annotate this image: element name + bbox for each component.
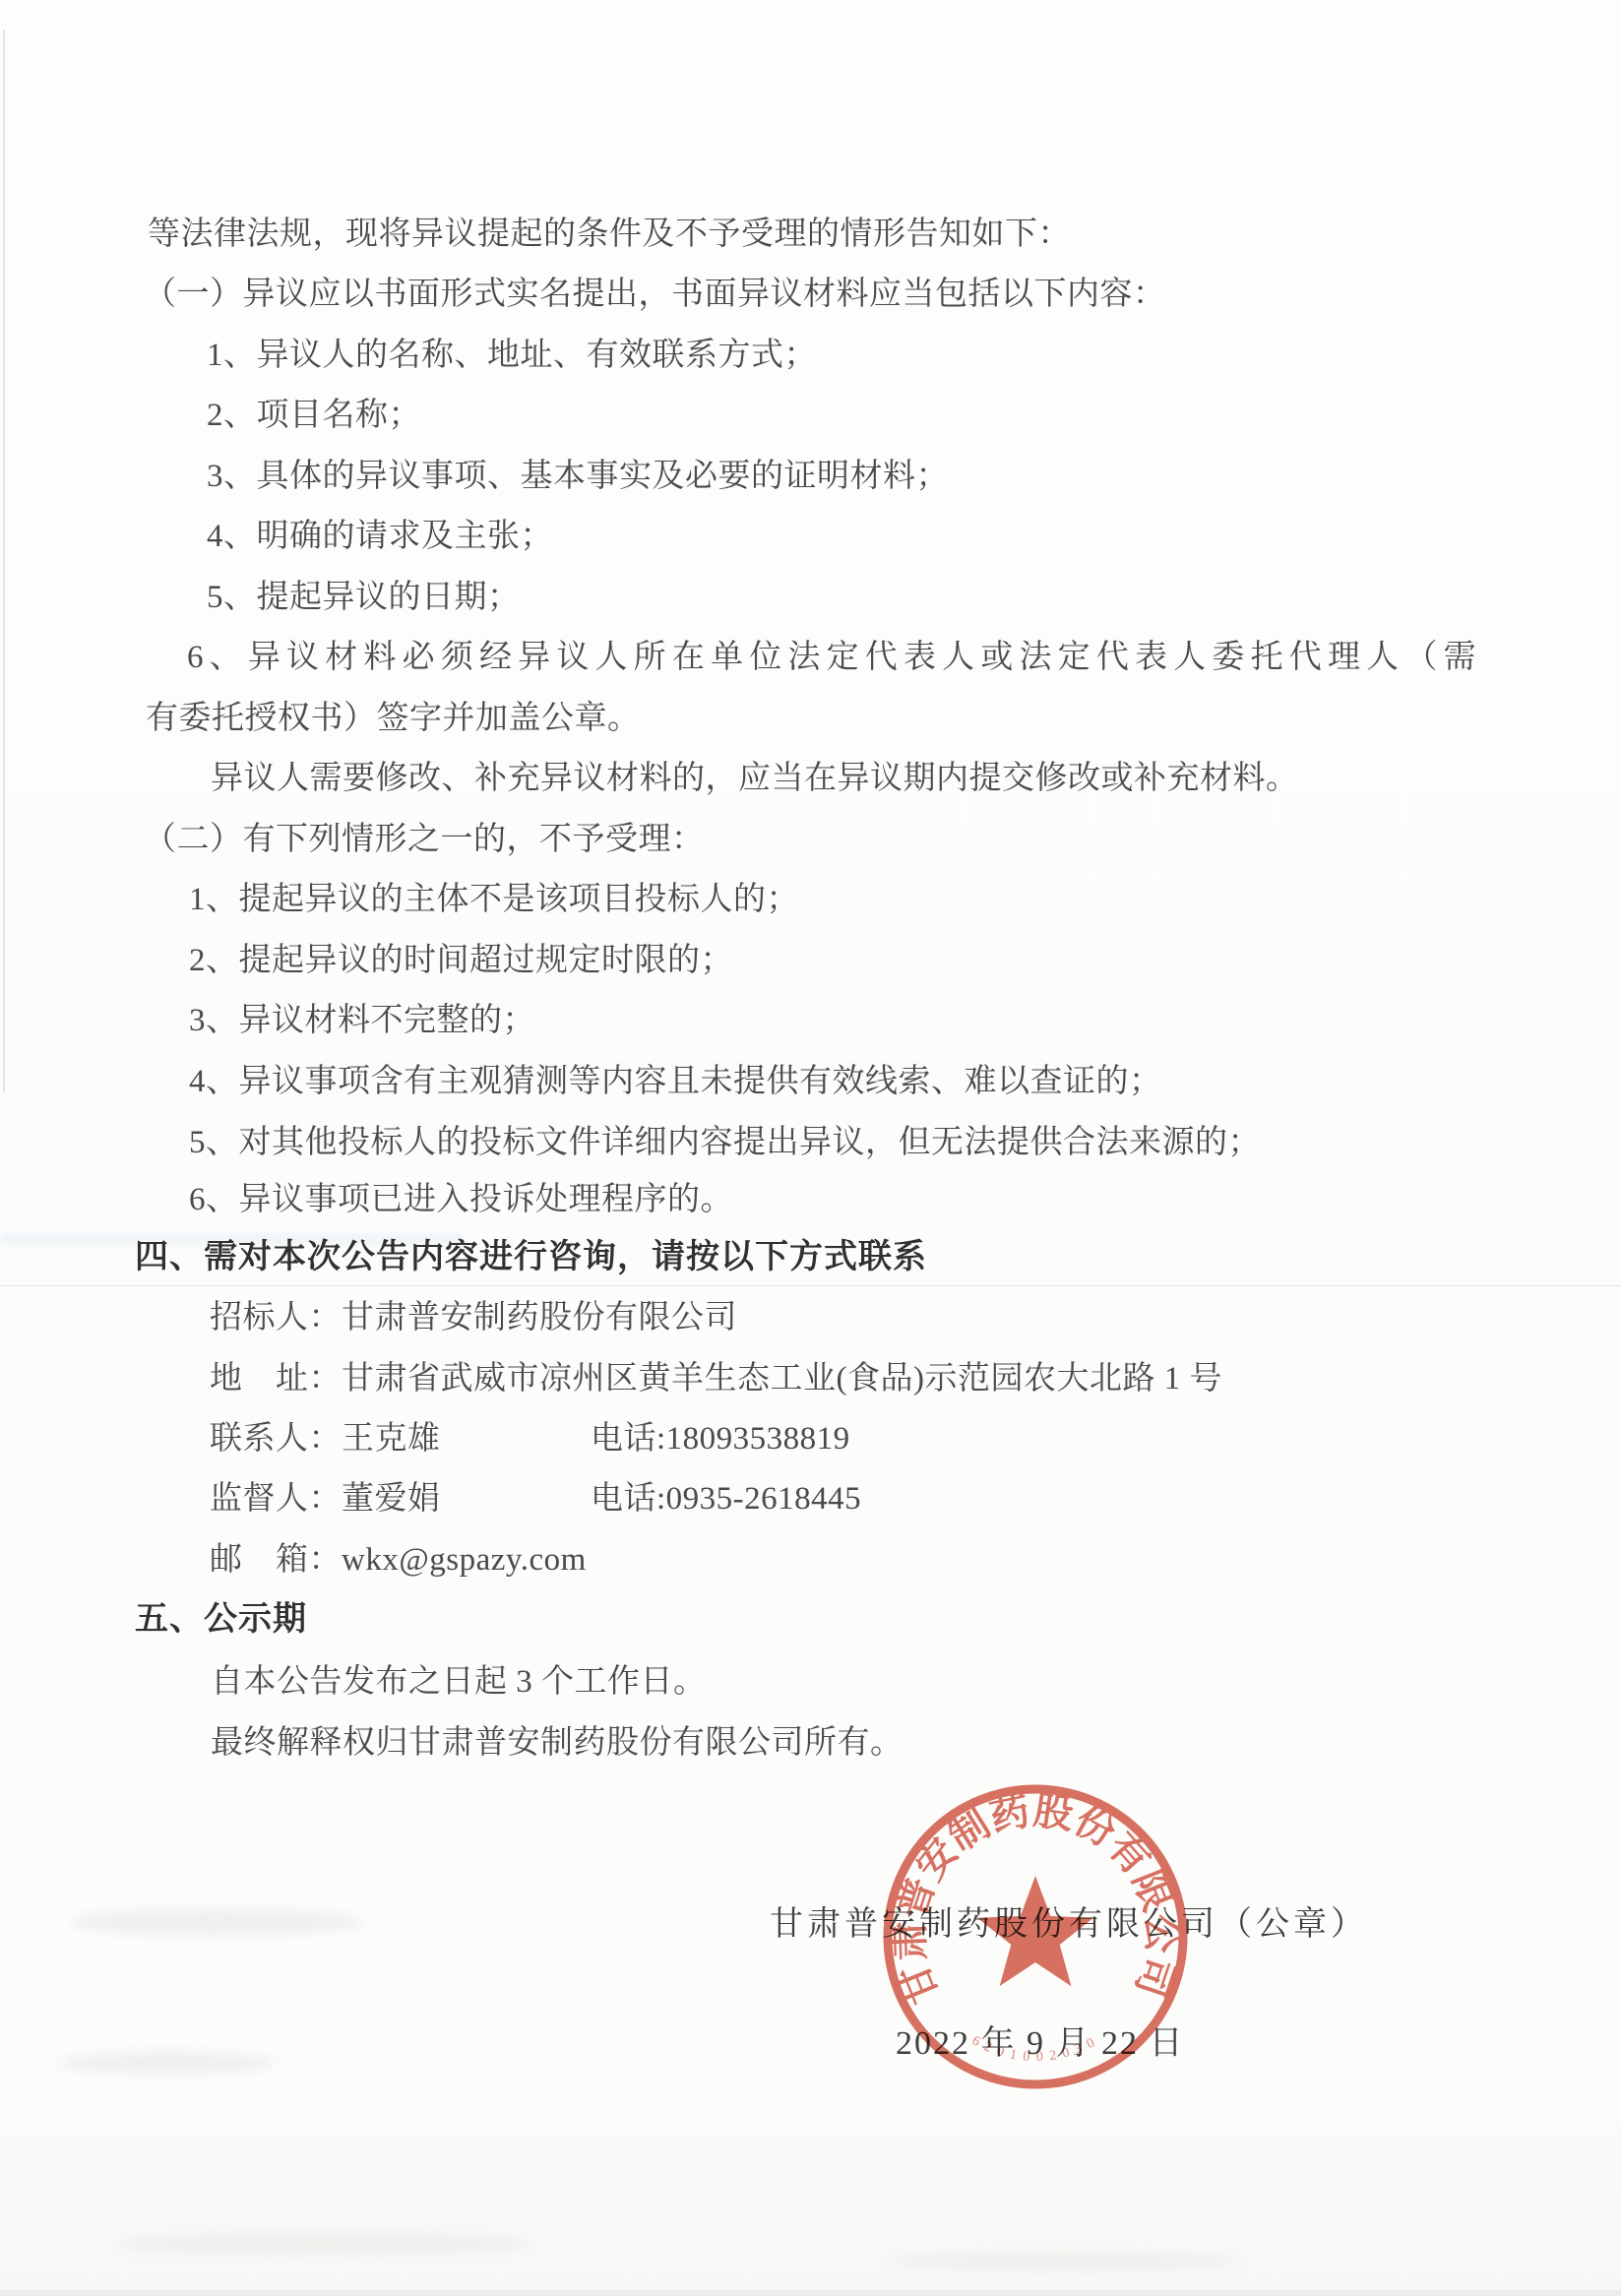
doc-line: 2、项目名称； bbox=[207, 393, 421, 438]
doc-line: 5、提起异议的日期； bbox=[207, 575, 521, 620]
doc-line: 自本公告发布之日起 3 个工作日。 bbox=[211, 1659, 707, 1705]
doc-line: 有委托授权书）签字并加盖公章。 bbox=[146, 696, 641, 741]
scan-smudge bbox=[118, 2234, 531, 2254]
doc-line: 2、提起异议的时间超过规定时限的； bbox=[189, 938, 733, 983]
company-seal-stamp: 甘肃普安制药股份有限公司 6201002030 bbox=[878, 1769, 1193, 2114]
scan-smudge bbox=[886, 2254, 1240, 2269]
doc-line: （一）异议应以书面形式实名提出，书面异议材料应当包括以下内容： bbox=[144, 272, 1166, 317]
scan-smudge bbox=[69, 1909, 364, 1935]
scan-fold-line bbox=[0, 1285, 1621, 1286]
address-line: 地 址：甘肃省武威市凉州区黄羊生态工业(食品)示范园农大北路 1 号 bbox=[210, 1356, 1222, 1401]
contact-phone: 电话:18093538819 bbox=[591, 1416, 850, 1461]
doc-line: 1、异议人的名称、地址、有效联系方式； bbox=[207, 333, 817, 378]
doc-line: 4、异议事项含有主观猜测等内容且未提供有效线索、难以查证的； bbox=[189, 1059, 1162, 1104]
doc-line: （二）有下列情形之一的，不予受理： bbox=[144, 817, 705, 862]
section-heading-consult: 四、需对本次公告内容进行咨询，请按以下方式联系 bbox=[135, 1235, 927, 1280]
scanned-page: 等法律法规，现将异议提起的条件及不予受理的情形告知如下： （一）异议应以书面形式… bbox=[0, 0, 1621, 2296]
doc-line: 6、异议材料必须经异议人所在单位法定代表人或法定代表人委托代理人（需 bbox=[187, 635, 1476, 680]
doc-line: 1、提起异议的主体不是该项目投标人的； bbox=[189, 877, 799, 922]
doc-line: 6、异议事项已进入投诉处理程序的。 bbox=[189, 1177, 733, 1222]
svg-text:6201002030: 6201002030 bbox=[969, 2033, 1097, 2065]
seal-star-icon bbox=[977, 1876, 1093, 1986]
email-line: 邮 箱：wkx@gspazy.com bbox=[210, 1537, 587, 1582]
supervisor-label: 监督人：董爱娟 bbox=[210, 1476, 441, 1521]
doc-line: 3、异议材料不完整的； bbox=[189, 998, 535, 1043]
section-heading-publicity: 五、公示期 bbox=[135, 1597, 307, 1643]
doc-line: 5、对其他投标人的投标文件详细内容提出异议，但无法提供合法来源的； bbox=[189, 1120, 1261, 1165]
supervisor-phone: 电话:0935-2618445 bbox=[591, 1476, 861, 1521]
doc-line: 异议人需要修改、补充异议材料的，应当在异议期内提交修改或补充材料。 bbox=[211, 756, 1299, 801]
doc-line: 等法律法规，现将异议提起的条件及不予受理的情形告知如下： bbox=[148, 212, 1071, 257]
doc-line: 4、明确的请求及主张； bbox=[207, 514, 553, 559]
tenderer-line: 招标人：甘肃普安制药股份有限公司 bbox=[210, 1295, 737, 1340]
doc-line: 最终解释权归甘肃普安制药股份有限公司所有。 bbox=[211, 1720, 904, 1766]
scan-bottom-edge bbox=[0, 2290, 1621, 2296]
scan-smudge bbox=[59, 2052, 276, 2074]
scan-edge-line bbox=[3, 30, 5, 1092]
doc-line: 3、具体的异议事项、基本事实及必要的证明材料； bbox=[207, 454, 949, 499]
contact-person-label: 联系人：王克雄 bbox=[210, 1416, 441, 1461]
seal-serial-number: 6201002030 bbox=[969, 2033, 1097, 2065]
